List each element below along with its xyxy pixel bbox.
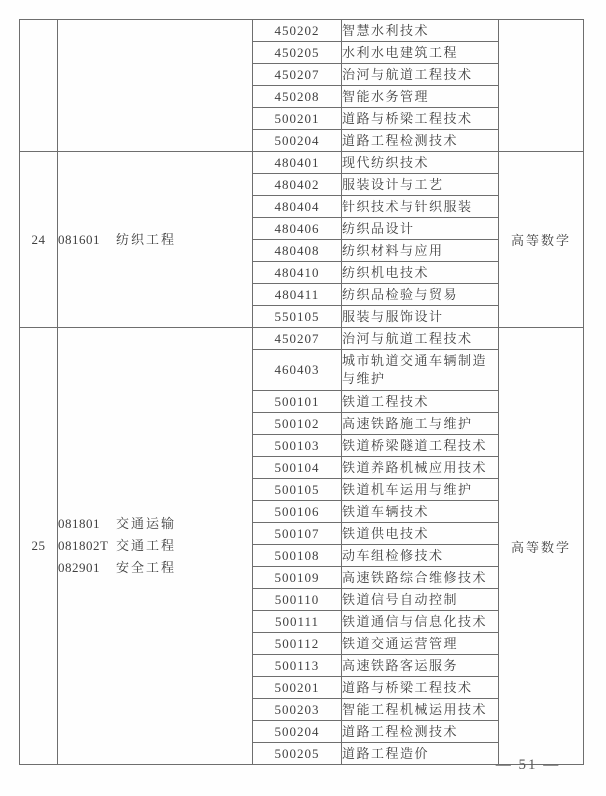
specialty-name-cell: 道路工程检测技术 xyxy=(342,130,499,152)
table-row: 24081601纺织工程480401现代纺织技术高等数学 xyxy=(20,152,584,174)
specialty-name-cell: 纺织品检验与贸易 xyxy=(342,284,499,306)
specialty-code-cell: 500104 xyxy=(253,457,342,479)
specialty-name-cell: 智慧水利技术 xyxy=(342,20,499,42)
specialty-name-cell: 服装设计与工艺 xyxy=(342,174,499,196)
specialty-code-cell: 480404 xyxy=(253,196,342,218)
specialty-code-cell: 500108 xyxy=(253,545,342,567)
specialty-name-cell: 纺织机电技术 xyxy=(342,262,499,284)
specialty-code-cell: 500101 xyxy=(253,391,342,413)
serial-number-cell: 25 xyxy=(20,328,58,765)
specialty-code-cell: 480406 xyxy=(253,218,342,240)
specialty-name-cell: 高速铁路施工与维护 xyxy=(342,413,499,435)
specialty-name-cell: 道路与桥梁工程技术 xyxy=(342,677,499,699)
specialty-code-cell: 500107 xyxy=(253,523,342,545)
specialty-name-cell: 智能工程机械运用技术 xyxy=(342,699,499,721)
exam-subject-cell: 高等数学 xyxy=(499,152,584,328)
specialty-name-cell: 水利水电建筑工程 xyxy=(342,42,499,64)
specialty-code-cell: 450202 xyxy=(253,20,342,42)
undergrad-major-code: 081601 xyxy=(58,229,116,251)
specialty-code-cell: 500102 xyxy=(253,413,342,435)
specialty-name-cell: 纺织材料与应用 xyxy=(342,240,499,262)
specialty-code-cell: 450205 xyxy=(253,42,342,64)
specialty-name-cell: 道路工程检测技术 xyxy=(342,721,499,743)
table-row: 25081801交通运输081802T交通工程082901安全工程450207治… xyxy=(20,328,584,350)
specialty-name-cell: 道路与桥梁工程技术 xyxy=(342,108,499,130)
specialty-code-cell: 480411 xyxy=(253,284,342,306)
specialty-code-cell: 480408 xyxy=(253,240,342,262)
specialty-name-cell: 动车组检修技术 xyxy=(342,545,499,567)
specialty-name-cell: 城市轨道交通车辆制造与维护 xyxy=(342,350,499,391)
table-row: 450202智慧水利技术 xyxy=(20,20,584,42)
majors-table-body: 450202智慧水利技术450205水利水电建筑工程450207治河与航道工程技… xyxy=(20,20,584,765)
specialty-code-cell: 500109 xyxy=(253,567,342,589)
undergrad-major-code: 081801 xyxy=(58,513,116,535)
undergrad-major-line: 081801交通运输 xyxy=(58,513,252,535)
undergrad-majors-cell: 081801交通运输081802T交通工程082901安全工程 xyxy=(58,328,253,765)
specialty-name-cell: 服装与服饰设计 xyxy=(342,306,499,328)
specialty-code-cell: 480401 xyxy=(253,152,342,174)
undergrad-major-name: 安全工程 xyxy=(116,557,176,579)
specialty-code-cell: 500201 xyxy=(253,108,342,130)
specialty-name-cell: 铁道养路机械应用技术 xyxy=(342,457,499,479)
specialty-name-cell: 铁道信号自动控制 xyxy=(342,589,499,611)
specialty-name-cell: 治河与航道工程技术 xyxy=(342,64,499,86)
specialty-name-cell: 铁道车辆技术 xyxy=(342,501,499,523)
specialty-code-cell: 500203 xyxy=(253,699,342,721)
specialty-name-cell: 高速铁路综合维修技术 xyxy=(342,567,499,589)
specialty-code-cell: 480402 xyxy=(253,174,342,196)
serial-number-cell: 24 xyxy=(20,152,58,328)
specialty-code-cell: 500106 xyxy=(253,501,342,523)
specialty-name-cell: 铁道工程技术 xyxy=(342,391,499,413)
specialty-code-cell: 500110 xyxy=(253,589,342,611)
specialty-name-cell: 治河与航道工程技术 xyxy=(342,328,499,350)
undergrad-major-name: 交通运输 xyxy=(116,513,176,535)
undergrad-majors-cell: 081601纺织工程 xyxy=(58,152,253,328)
specialty-code-cell: 500112 xyxy=(253,633,342,655)
specialty-name-cell: 铁道通信与信息化技术 xyxy=(342,611,499,633)
specialty-code-cell: 500111 xyxy=(253,611,342,633)
specialty-code-cell: 480410 xyxy=(253,262,342,284)
specialty-code-cell: 500205 xyxy=(253,743,342,765)
undergrad-major-name: 纺织工程 xyxy=(116,229,176,251)
specialty-name-cell: 智能水务管理 xyxy=(342,86,499,108)
specialty-code-cell: 450207 xyxy=(253,64,342,86)
undergrad-major-line: 082901安全工程 xyxy=(58,557,252,579)
document-page: 450202智慧水利技术450205水利水电建筑工程450207治河与航道工程技… xyxy=(0,0,606,796)
serial-number-cell xyxy=(20,20,58,152)
undergrad-major-code: 082901 xyxy=(58,557,116,579)
specialty-code-cell: 500105 xyxy=(253,479,342,501)
undergrad-major-line: 081601纺织工程 xyxy=(58,229,252,251)
specialty-code-cell: 500201 xyxy=(253,677,342,699)
specialty-name-cell: 铁道机车运用与维护 xyxy=(342,479,499,501)
specialty-code-cell: 550105 xyxy=(253,306,342,328)
specialty-name-cell: 高速铁路客运服务 xyxy=(342,655,499,677)
specialty-code-cell: 500204 xyxy=(253,130,342,152)
specialty-code-cell: 500204 xyxy=(253,721,342,743)
specialty-code-cell: 500113 xyxy=(253,655,342,677)
specialty-name-cell: 铁道桥梁隧道工程技术 xyxy=(342,435,499,457)
specialty-name-cell: 铁道供电技术 xyxy=(342,523,499,545)
specialty-code-cell: 500103 xyxy=(253,435,342,457)
specialty-code-cell: 460403 xyxy=(253,350,342,391)
specialty-name-cell: 铁道交通运营管理 xyxy=(342,633,499,655)
exam-subject-cell: 高等数学 xyxy=(499,328,584,765)
specialty-code-cell: 450208 xyxy=(253,86,342,108)
specialty-name-cell: 针织技术与针织服装 xyxy=(342,196,499,218)
exam-subject-cell xyxy=(499,20,584,152)
majors-table: 450202智慧水利技术450205水利水电建筑工程450207治河与航道工程技… xyxy=(19,19,584,765)
specialty-code-cell: 450207 xyxy=(253,328,342,350)
specialty-name-cell: 现代纺织技术 xyxy=(342,152,499,174)
undergrad-major-line: 081802T交通工程 xyxy=(58,535,252,557)
undergrad-majors-cell xyxy=(58,20,253,152)
undergrad-major-code: 081802T xyxy=(58,535,116,557)
undergrad-major-name: 交通工程 xyxy=(116,535,176,557)
page-number: — 51 — xyxy=(467,757,589,774)
specialty-name-cell: 纺织品设计 xyxy=(342,218,499,240)
